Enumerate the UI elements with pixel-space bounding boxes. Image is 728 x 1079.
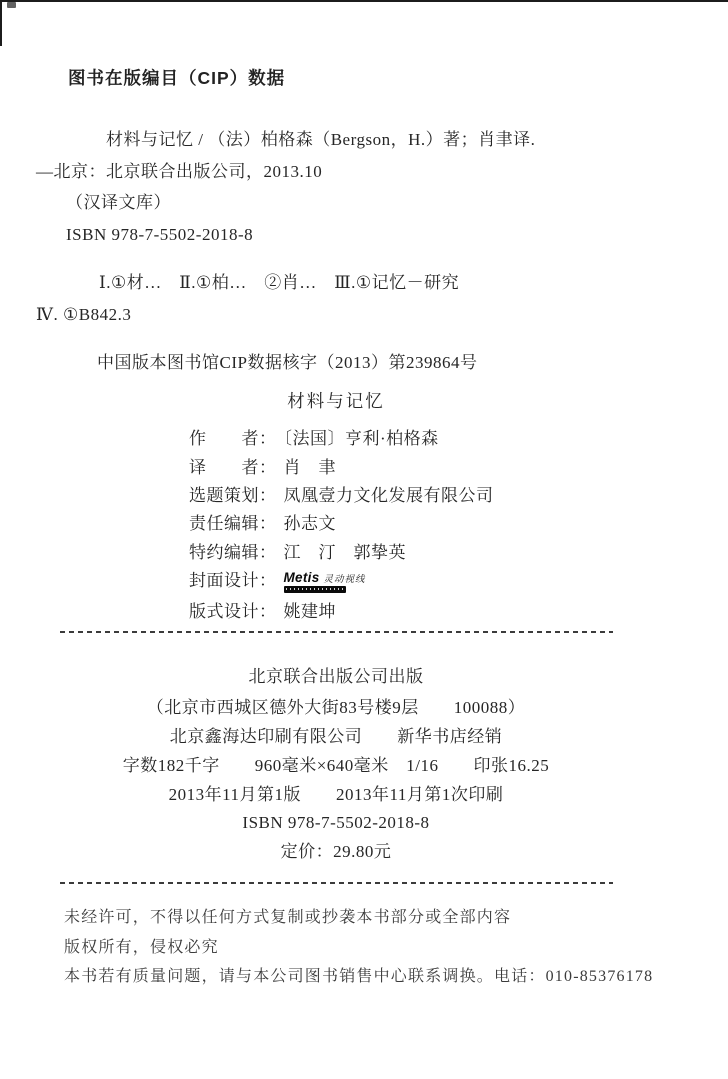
scan-corner-mark (7, 2, 16, 8)
copyright-page: 图书在版编目（CIP）数据 材料与记忆 / （法）柏格森（Bergson，H.）… (0, 0, 728, 1079)
notice-quality-contact: 本书若有质量问题，请与本公司图书销售中心联系调换。电话：010-85376178 (64, 967, 653, 987)
credit-label: 版式设计： (189, 602, 277, 621)
cip-header: 图书在版编目（CIP）数据 (68, 68, 285, 90)
credit-label: 责任编辑： (189, 514, 277, 533)
publication-printer-distributor: 北京鑫海达印刷有限公司 新华书店经销 (0, 726, 672, 747)
cip-class-line-1: Ⅰ.①材… Ⅱ.①柏… ②肖… Ⅲ.①记忆－研究 (99, 272, 459, 293)
credit-label: 特约编辑： (189, 543, 277, 562)
credit-row-cover-design: 封面设计：Metis灵动视线 (189, 566, 366, 595)
credit-value: 〔法国〕亨利·柏格森 (277, 429, 439, 448)
credit-label: 作 者： (189, 429, 277, 448)
dashed-separator-top (60, 631, 613, 633)
metis-brand: Metis (284, 570, 320, 585)
book-title: 材料与记忆 (0, 391, 672, 413)
scan-edge-left (0, 0, 2, 46)
credit-label: 封面设计： (189, 571, 277, 590)
credit-row-planning: 选题策划：凤凰壹力文化发展有限公司 (189, 481, 494, 506)
credit-row-contributing-editor: 特约编辑：江 汀 郭挚英 (189, 538, 406, 563)
publication-edition: 2013年11月第1版 2013年11月第1次印刷 (0, 784, 672, 805)
metis-tagline: 灵动视线 (324, 574, 366, 585)
credit-row-translator: 译 者：肖 聿 (189, 453, 336, 478)
metis-logo-text: Metis灵动视线 (284, 568, 366, 585)
dashed-separator-bottom (60, 882, 613, 884)
publication-price: 定价：29.80元 (0, 841, 672, 862)
credit-value: 凤凰壹力文化发展有限公司 (277, 486, 494, 505)
credit-value: 孙志文 (277, 514, 337, 533)
credit-value: 姚建坤 (277, 602, 337, 621)
notice-no-copy: 未经许可，不得以任何方式复制或抄袭本书部分或全部内容 (64, 908, 511, 928)
credit-row-editor: 责任编辑：孙志文 (189, 509, 336, 534)
cip-series-line: （汉译文库） (66, 192, 171, 213)
cip-title-line: 材料与记忆 / （法）柏格森（Bergson，H.）著；肖聿译. (106, 129, 535, 150)
credit-value: 江 汀 郭挚英 (277, 543, 407, 562)
credit-label: 选题策划： (189, 486, 277, 505)
publication-publisher: 北京联合出版公司出版 (0, 666, 672, 687)
publication-isbn: ISBN 978-7-5502-2018-8 (0, 812, 672, 833)
cip-class-line-2: Ⅳ. ①B842.3 (36, 304, 131, 325)
credit-value: 肖 聿 (277, 458, 337, 477)
cip-publisher-line: —北京：北京联合出版公司，2013.10 (36, 161, 322, 182)
scan-edge-top (0, 0, 728, 2)
credit-row-layout-design: 版式设计：姚建坤 (189, 597, 336, 622)
publication-format: 字数182千字 960毫米×640毫米 1/16 印张16.25 (0, 755, 672, 776)
publication-address: （北京市西城区德外大街83号楼9层 100088） (0, 697, 672, 718)
cip-registry-line: 中国版本图书馆CIP数据核字（2013）第239864号 (97, 352, 477, 373)
metis-logo: Metis灵动视线 (284, 568, 366, 593)
credit-row-author: 作 者：〔法国〕亨利·柏格森 (189, 424, 439, 449)
notice-copyright: 版权所有，侵权必究 (64, 938, 219, 958)
cip-isbn-line: ISBN 978-7-5502-2018-8 (66, 224, 253, 245)
credit-label: 译 者： (189, 458, 277, 477)
metis-logo-bar (284, 586, 346, 593)
